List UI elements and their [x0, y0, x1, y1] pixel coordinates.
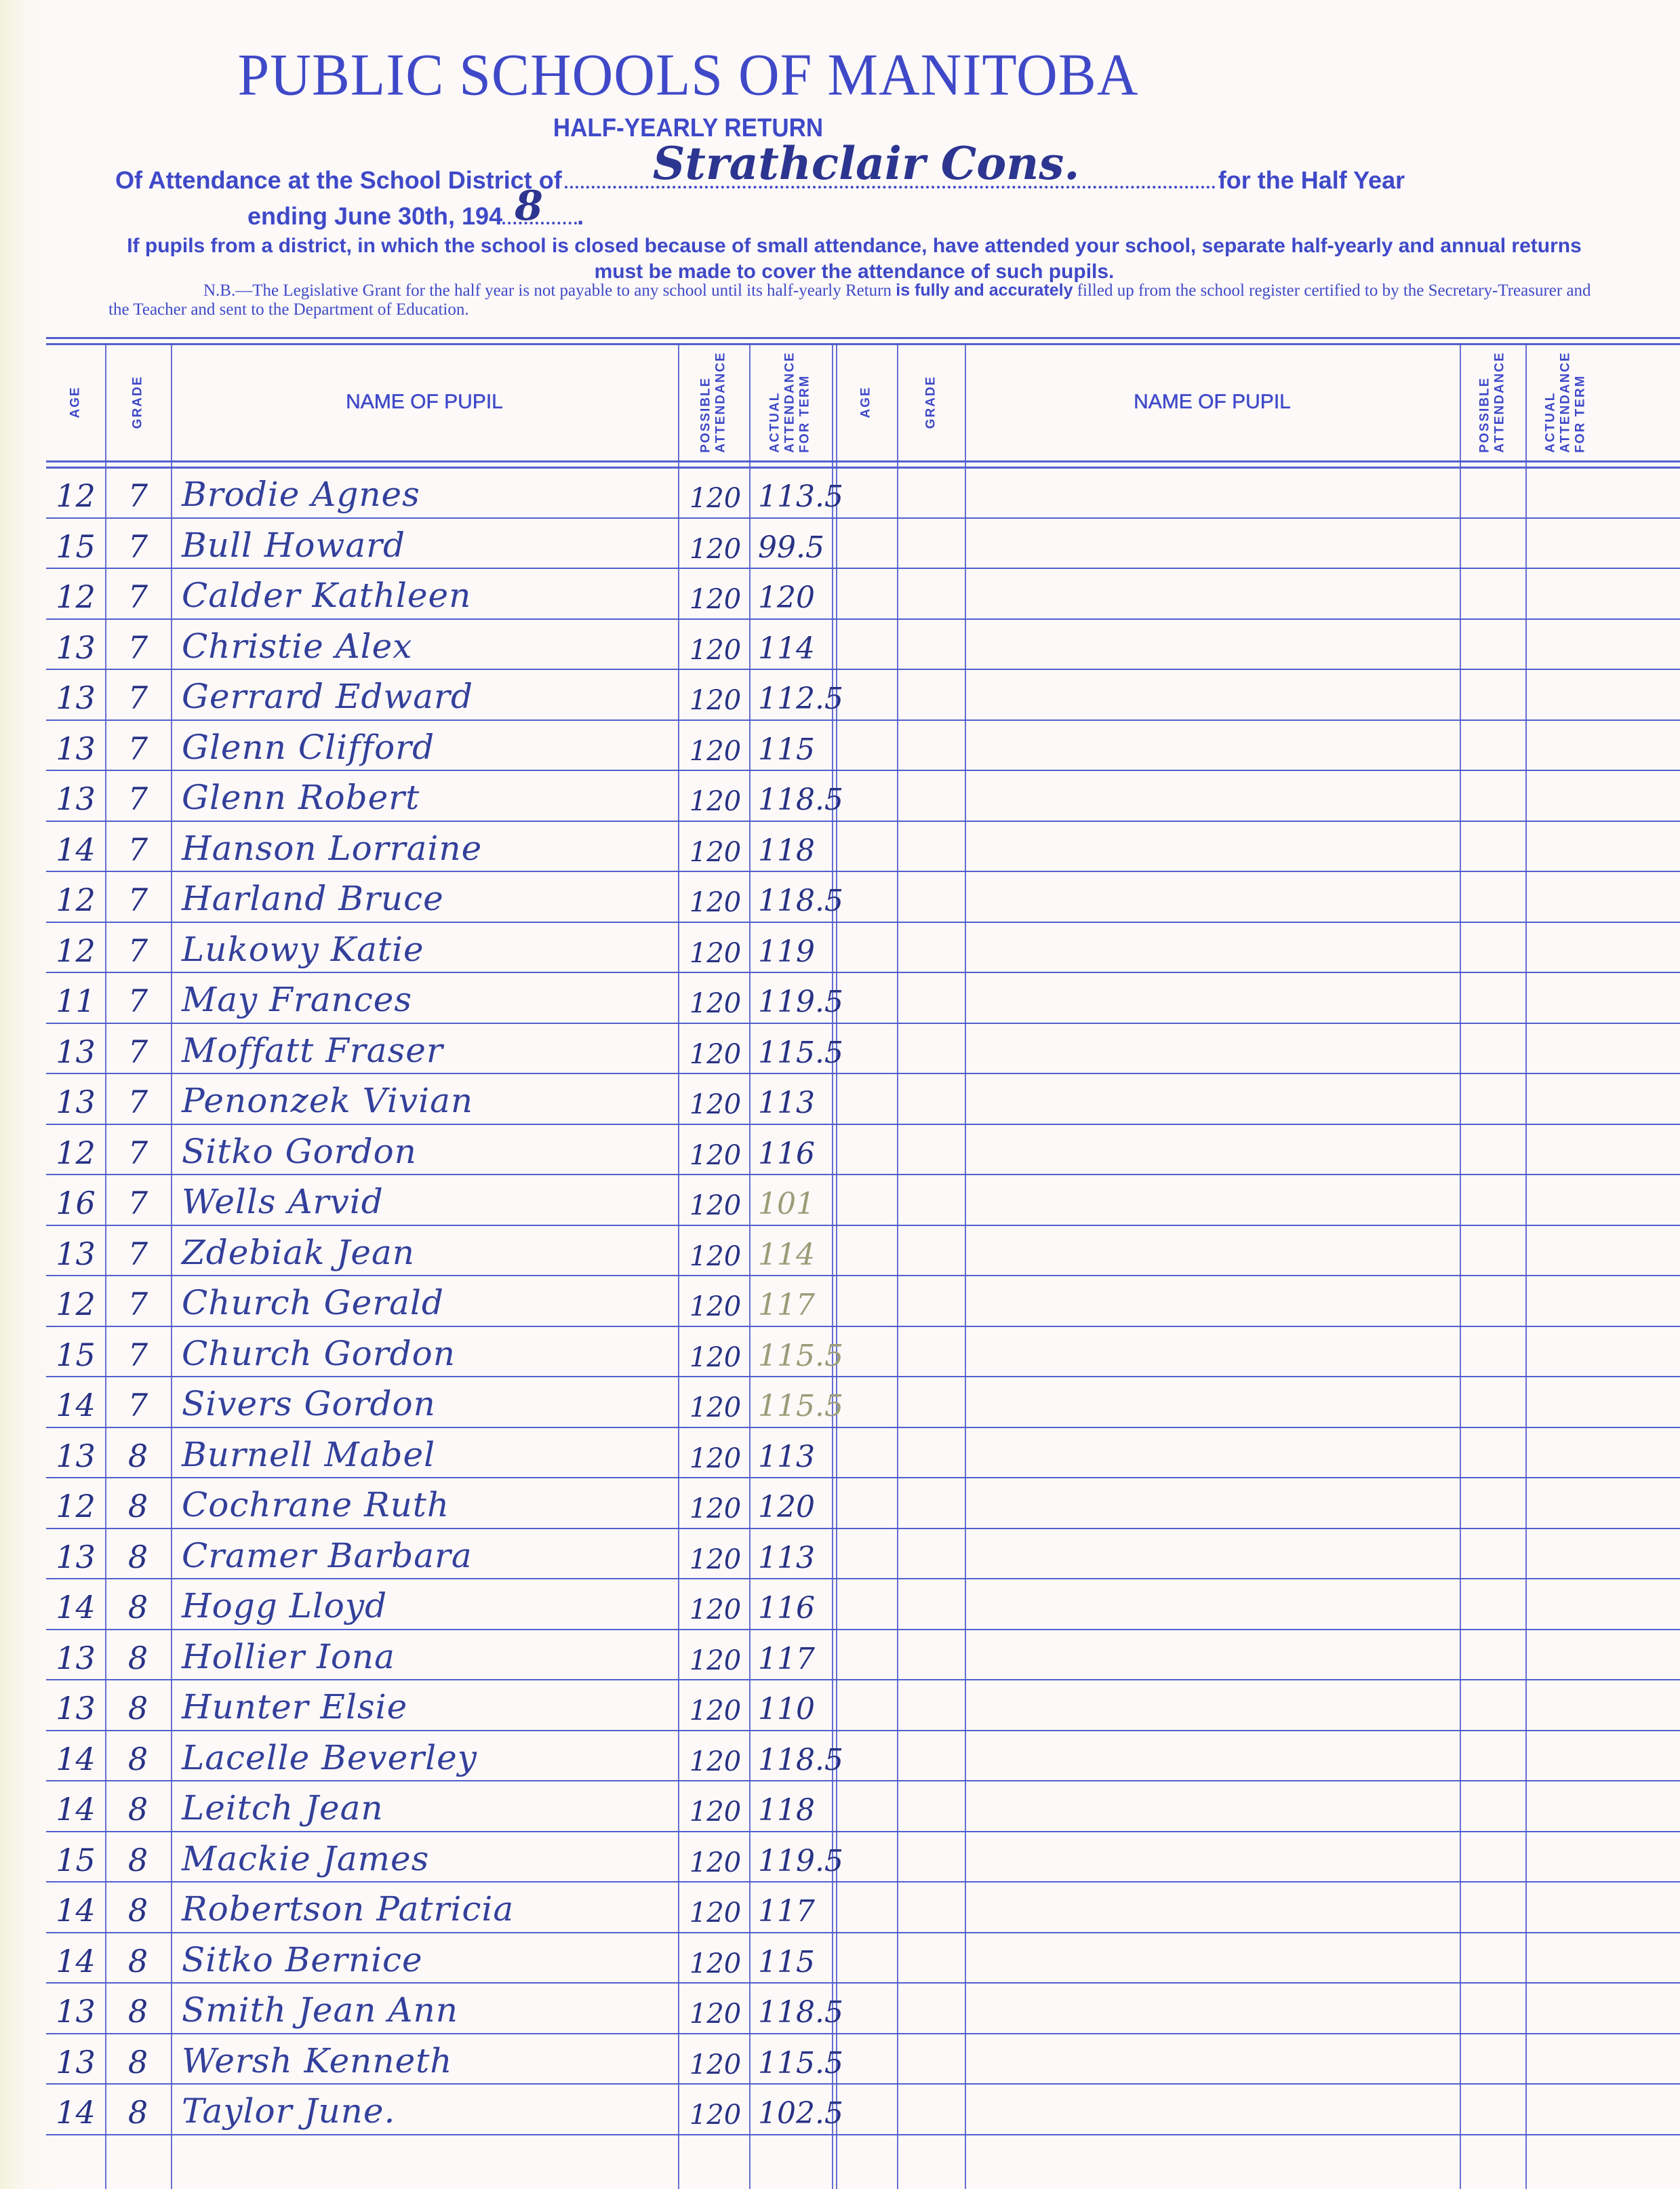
actual-attendance[interactable]: 114 — [753, 1238, 839, 1272]
table-row: 127Sitko Gordon120116 — [46, 1124, 833, 1174]
pupil-age[interactable]: 12 — [46, 477, 105, 514]
actual-attendance[interactable]: 113 — [753, 1541, 839, 1575]
actual-attendance[interactable]: 115 — [753, 732, 839, 767]
pupil-grade[interactable]: 8 — [105, 1438, 171, 1474]
pupil-age[interactable]: 14 — [46, 1943, 105, 1979]
actual-attendance[interactable]: 118.5 — [753, 783, 839, 817]
pupil-name[interactable]: Brodie Agnes — [182, 475, 420, 514]
table-row: 138Smith Jean Ann120118.5 — [46, 1982, 833, 2032]
pupil-age[interactable]: 14 — [46, 2094, 105, 2131]
possible-attendance[interactable]: 120 — [681, 1544, 749, 1575]
actual-attendance[interactable]: 110 — [753, 1692, 839, 1727]
possible-attendance[interactable]: 120 — [681, 1443, 749, 1474]
year-field[interactable]: 8 — [502, 203, 577, 224]
pupil-grade[interactable]: 7 — [105, 679, 171, 716]
table-row: 137Glenn Clifford120115 — [46, 719, 833, 770]
actual-attendance[interactable]: 102.5 — [753, 2096, 839, 2131]
header-possible: POSSIBLE ATTENDANCE — [678, 342, 749, 461]
possible-attendance[interactable]: 120 — [681, 1493, 749, 1524]
pupil-age[interactable]: 14 — [46, 1741, 105, 1777]
pupil-name[interactable]: Burnell Mabel — [182, 1435, 435, 1474]
pupil-age[interactable]: 14 — [46, 1387, 105, 1423]
pupil-name[interactable]: Bull Howard — [182, 526, 405, 565]
possible-attendance[interactable]: 120 — [681, 1392, 749, 1423]
table-row: 127Lukowy Katie120119 — [46, 922, 833, 972]
pupil-name[interactable]: Hanson Lorraine — [182, 829, 482, 868]
pupil-age[interactable]: 12 — [46, 578, 105, 615]
possible-attendance[interactable]: 120 — [681, 786, 749, 817]
actual-attendance[interactable]: 116 — [753, 1137, 839, 1171]
possible-attendance[interactable]: 120 — [681, 837, 749, 868]
possible-attendance[interactable]: 120 — [681, 1695, 749, 1727]
actual-attendance[interactable]: 115.5 — [753, 1036, 839, 1070]
pupil-grade[interactable]: 8 — [105, 2094, 171, 2131]
possible-attendance[interactable]: 120 — [681, 1140, 749, 1171]
actual-attendance[interactable]: 119.5 — [753, 985, 839, 1019]
table-row: 137Penonzek Vivian120113 — [46, 1073, 833, 1123]
actual-attendance[interactable]: 115 — [753, 1945, 839, 1979]
header-age-2: AGE — [836, 342, 897, 461]
pupil-age[interactable]: 16 — [46, 1185, 105, 1221]
pupil-age[interactable]: 13 — [46, 1539, 105, 1575]
pupil-name[interactable]: Christie Alex — [182, 627, 412, 666]
pupil-age[interactable]: 14 — [46, 1589, 105, 1625]
pupil-grade[interactable]: 7 — [105, 629, 171, 666]
pupil-grade[interactable]: 8 — [105, 1589, 171, 1625]
pupil-name[interactable]: Zdebiak Jean — [182, 1233, 415, 1272]
pupil-grade[interactable]: 7 — [105, 831, 171, 868]
pupil-name[interactable]: Sivers Gordon — [182, 1384, 436, 1423]
table-row: 138Hollier Iona120117 — [46, 1629, 833, 1679]
pupil-grade[interactable]: 7 — [105, 730, 171, 767]
header-possible-2: POSSIBLE ATTENDANCE — [1460, 342, 1525, 461]
possible-attendance[interactable]: 120 — [681, 2049, 749, 2080]
district-value: Strathclair Cons. — [653, 137, 1080, 190]
pupil-grade[interactable]: 8 — [105, 1690, 171, 1727]
pupil-grade[interactable]: 7 — [105, 932, 171, 969]
actual-attendance[interactable]: 112.5 — [753, 682, 839, 716]
actual-attendance[interactable]: 114 — [753, 631, 839, 666]
possible-attendance[interactable]: 120 — [681, 887, 749, 918]
possible-attendance[interactable]: 120 — [681, 1190, 749, 1221]
table-row: 147Sivers Gordon120115.5 — [46, 1376, 833, 1426]
pupil-name[interactable]: Glenn Clifford — [182, 728, 435, 767]
table-row: 127Church Gerald120117 — [46, 1275, 833, 1325]
pupil-name[interactable]: Moffatt Fraser — [182, 1031, 443, 1070]
pupil-grade[interactable]: 7 — [105, 1337, 171, 1373]
pupil-grade[interactable]: 8 — [105, 1892, 171, 1929]
pupil-name[interactable]: Sitko Gordon — [182, 1132, 417, 1171]
pupil-age[interactable]: 12 — [46, 932, 105, 969]
pupil-age[interactable]: 15 — [46, 1337, 105, 1373]
pupil-name[interactable]: Harland Bruce — [182, 879, 444, 918]
table-row: 147Hanson Lorraine120118 — [46, 821, 833, 871]
pupil-age[interactable]: 13 — [46, 730, 105, 767]
pupil-grade[interactable]: 8 — [105, 2044, 171, 2080]
pupil-grade[interactable]: 7 — [105, 1033, 171, 1070]
actual-attendance[interactable]: 118 — [753, 833, 839, 868]
pupil-grade[interactable]: 7 — [105, 528, 171, 565]
table-row: 157Bull Howard12099.5 — [46, 517, 833, 568]
pupil-age[interactable]: 12 — [46, 882, 105, 918]
actual-attendance[interactable]: 118.5 — [753, 1743, 839, 1777]
pupil-grade[interactable]: 7 — [105, 1236, 171, 1272]
actual-attendance[interactable]: 117 — [753, 1642, 839, 1676]
possible-attendance[interactable]: 120 — [681, 736, 749, 767]
pupil-grade[interactable]: 7 — [105, 1084, 171, 1120]
pupil-grade[interactable]: 8 — [105, 1943, 171, 1979]
table-row: 138Hunter Elsie120110 — [46, 1679, 833, 1729]
actual-attendance[interactable]: 115.5 — [753, 1389, 839, 1423]
district-prefix: Of Attendance at the School District of — [115, 166, 562, 194]
pupil-age[interactable]: 13 — [46, 1690, 105, 1727]
possible-attendance[interactable]: 120 — [681, 584, 749, 615]
pupil-name[interactable]: Lukowy Katie — [182, 930, 424, 969]
table-row: 138Burnell Mabel120113 — [46, 1427, 833, 1477]
table-row: 127Calder Kathleen120120 — [46, 568, 833, 618]
actual-attendance[interactable]: 119.5 — [753, 1844, 839, 1878]
pupil-grade[interactable]: 7 — [105, 1135, 171, 1171]
column-rule — [897, 343, 898, 2189]
pupil-name[interactable]: Smith Jean Ann — [182, 1990, 458, 2030]
pupil-grade[interactable]: 7 — [105, 882, 171, 918]
actual-attendance[interactable]: 118 — [753, 1793, 839, 1828]
pupil-name[interactable]: Church Gerald — [182, 1283, 444, 1322]
pupil-grade[interactable]: 7 — [105, 781, 171, 817]
actual-attendance[interactable]: 117 — [753, 1288, 839, 1322]
pupil-age[interactable]: 12 — [46, 1135, 105, 1171]
table-row: 148Robertson Patricia120117 — [46, 1881, 833, 1931]
pupil-age[interactable]: 14 — [46, 1791, 105, 1828]
column-rule — [965, 343, 966, 2189]
actual-attendance[interactable]: 99.5 — [753, 530, 839, 565]
pupil-name[interactable]: Hollier Iona — [182, 1637, 395, 1676]
pupil-name[interactable]: Glenn Robert — [182, 778, 420, 817]
possible-attendance[interactable]: 120 — [681, 1291, 749, 1322]
possible-attendance[interactable]: 120 — [681, 1241, 749, 1272]
possible-attendance[interactable]: 120 — [681, 483, 749, 514]
pupil-age[interactable]: 14 — [46, 831, 105, 868]
pupil-grade[interactable]: 7 — [105, 983, 171, 1019]
pupil-age[interactable]: 13 — [46, 781, 105, 817]
pupil-age[interactable]: 14 — [46, 1892, 105, 1929]
pupil-name[interactable]: Hogg Lloyd — [182, 1586, 387, 1625]
pupil-age[interactable]: 13 — [46, 1993, 105, 2030]
table-row: 158Mackie James120119.5 — [46, 1831, 833, 1881]
nb-bold: is fully and accurately — [896, 281, 1073, 300]
table-row: 137Glenn Robert120118.5 — [46, 770, 833, 820]
possible-attendance[interactable]: 120 — [681, 2099, 749, 2131]
pupil-name[interactable]: Church Gordon — [182, 1334, 456, 1373]
actual-attendance[interactable]: 116 — [753, 1591, 839, 1625]
table-row: 157Church Gordon120115.5 — [46, 1326, 833, 1376]
pupil-name[interactable]: Calder Kathleen — [182, 576, 471, 615]
pupil-grade[interactable]: 8 — [105, 1640, 171, 1676]
table-row: 138Cramer Barbara120113 — [46, 1528, 833, 1578]
actual-attendance[interactable]: 120 — [753, 1490, 839, 1524]
actual-attendance[interactable]: 113 — [753, 1086, 839, 1120]
possible-attendance[interactable]: 120 — [681, 938, 749, 969]
pupil-name[interactable]: Lacelle Beverley — [182, 1738, 477, 1777]
pupil-age[interactable]: 13 — [46, 1438, 105, 1474]
header-actual: ACTUAL ATTENDANCE FOR TERM — [749, 342, 832, 461]
table-row: 128Cochrane Ruth120120 — [46, 1477, 833, 1527]
table-row: 117May Frances120119.5 — [46, 972, 833, 1022]
actual-attendance[interactable]: 101 — [753, 1187, 839, 1221]
table-row: 148Leitch Jean120118 — [46, 1780, 833, 1830]
pupil-age[interactable]: 15 — [46, 528, 105, 565]
table-row: 137Christie Alex120114 — [46, 618, 833, 669]
table-row: 138Wersh Kenneth120115.5 — [46, 2033, 833, 2083]
possible-attendance[interactable]: 120 — [681, 1746, 749, 1777]
pupil-name[interactable]: Cochrane Ruth — [182, 1485, 449, 1524]
pupil-age[interactable]: 13 — [46, 629, 105, 666]
actual-attendance[interactable]: 113.5 — [753, 479, 839, 514]
possible-attendance[interactable]: 120 — [681, 988, 749, 1019]
possible-attendance[interactable]: 120 — [681, 1948, 749, 1979]
possible-attendance[interactable]: 120 — [681, 1847, 749, 1878]
possible-attendance[interactable]: 120 — [681, 1998, 749, 2030]
possible-attendance[interactable]: 120 — [681, 1796, 749, 1828]
table-row: 137Gerrard Edward120112.5 — [46, 669, 833, 719]
table-row: 127Harland Bruce120118.5 — [46, 871, 833, 921]
pupil-grade[interactable]: 8 — [105, 1741, 171, 1777]
pupil-age[interactable]: 11 — [46, 983, 105, 1019]
pupil-grade[interactable]: 8 — [105, 1539, 171, 1575]
pupil-grade[interactable]: 8 — [105, 1993, 171, 2030]
pupil-grade[interactable]: 8 — [105, 1842, 171, 1878]
pupil-age[interactable]: 13 — [46, 1236, 105, 1272]
header-age: AGE — [46, 342, 105, 461]
table-row: 148Taylor June.120102.5 — [46, 2083, 833, 2133]
pupil-name[interactable]: May Frances — [182, 980, 412, 1019]
pupil-age[interactable]: 13 — [46, 679, 105, 716]
possible-attendance[interactable]: 120 — [681, 1645, 749, 1676]
pupil-age[interactable]: 15 — [46, 1842, 105, 1878]
table-row: 127Brodie Agnes120113.5 — [46, 467, 833, 517]
possible-attendance[interactable]: 120 — [681, 1594, 749, 1625]
notice-text: If pupils from a district, in which the … — [102, 233, 1607, 285]
possible-attendance[interactable]: 120 — [681, 1089, 749, 1120]
actual-attendance[interactable]: 115.5 — [753, 2046, 839, 2080]
pupil-age[interactable]: 13 — [46, 2044, 105, 2080]
pupil-name[interactable]: Wersh Kenneth — [182, 2041, 452, 2080]
pupil-age[interactable]: 13 — [46, 1640, 105, 1676]
table-row: 148Lacelle Beverley120118.5 — [46, 1730, 833, 1780]
actual-attendance[interactable]: 118.5 — [753, 884, 839, 918]
pupil-name[interactable]: Robertson Patricia — [182, 1889, 514, 1929]
ending-line: ending June 30th, 1948. — [247, 202, 584, 231]
header-actual-2: ACTUAL ATTENDANCE FOR TERM — [1525, 342, 1607, 461]
pupil-name[interactable]: Taylor June. — [182, 2091, 395, 2131]
possible-attendance[interactable]: 120 — [681, 534, 749, 565]
pupil-name[interactable]: Leitch Jean — [182, 1788, 384, 1828]
possible-attendance[interactable]: 120 — [681, 1897, 749, 1929]
district-suffix: for the Half Year — [1218, 166, 1405, 194]
table-row: 148Hogg Lloyd120116 — [46, 1578, 833, 1628]
actual-attendance[interactable]: 115.5 — [753, 1339, 839, 1373]
table-row: 137Zdebiak Jean120114 — [46, 1225, 833, 1275]
possible-attendance[interactable]: 120 — [681, 1342, 749, 1373]
pupil-name[interactable]: Hunter Elsie — [182, 1687, 407, 1727]
pupil-name[interactable]: Mackie James — [182, 1839, 429, 1878]
actual-attendance[interactable]: 113 — [753, 1440, 839, 1474]
pupil-age[interactable]: 13 — [46, 1084, 105, 1120]
actual-attendance[interactable]: 118.5 — [753, 1995, 839, 2030]
actual-attendance[interactable]: 120 — [753, 580, 839, 615]
pupil-name[interactable]: Cramer Barbara — [182, 1536, 473, 1575]
ending-prefix: ending June 30th, 194 — [247, 202, 502, 230]
header-name-2: NAME OF PUPIL — [965, 342, 1460, 461]
possible-attendance[interactable]: 120 — [681, 635, 749, 666]
pupil-grade[interactable]: 8 — [105, 1791, 171, 1828]
possible-attendance[interactable]: 120 — [681, 1039, 749, 1070]
pupil-grade[interactable]: 7 — [105, 477, 171, 514]
pupil-age[interactable]: 12 — [46, 1488, 105, 1524]
actual-attendance[interactable]: 117 — [753, 1894, 839, 1929]
pupil-name[interactable]: Wells Arvid — [182, 1182, 384, 1221]
pupil-grade[interactable]: 7 — [105, 1387, 171, 1423]
table-row: 137Moffatt Fraser120115.5 — [46, 1023, 833, 1073]
possible-attendance[interactable]: 120 — [681, 685, 749, 716]
nb-plain: N.B.—The Legislative Grant for the half … — [203, 281, 896, 300]
pupil-age[interactable]: 12 — [46, 1286, 105, 1322]
pupil-name[interactable]: Penonzek Vivian — [182, 1081, 473, 1120]
header-grade-2: GRADE — [897, 342, 965, 461]
pupil-name[interactable]: Sitko Bernice — [182, 1940, 423, 1979]
district-field[interactable]: Strathclair Cons. — [565, 165, 1216, 189]
header-grade: GRADE — [105, 342, 171, 461]
pupil-grade[interactable]: 7 — [105, 1286, 171, 1322]
pupil-name[interactable]: Gerrard Edward — [182, 677, 473, 716]
pupil-age[interactable]: 13 — [46, 1033, 105, 1070]
column-rule — [1460, 343, 1461, 2189]
district-line: Of Attendance at the School District ofS… — [115, 165, 1607, 195]
form-title: PUBLIC SCHOOLS OF MANITOBA — [0, 41, 1376, 110]
year-value: 8 — [515, 182, 543, 230]
actual-attendance[interactable]: 119 — [753, 934, 839, 969]
table-row: 167Wells Arvid120101 — [46, 1174, 833, 1224]
rule — [46, 337, 1680, 339]
row-rule — [46, 2134, 1680, 2135]
ending-suffix: . — [577, 202, 584, 230]
column-rule — [1525, 343, 1527, 2189]
nb-text: N.B.—The Legislative Grant for the half … — [108, 281, 1600, 319]
table-row: 148Sitko Bernice120115 — [46, 1932, 833, 1982]
pupil-grade[interactable]: 7 — [105, 578, 171, 615]
pupil-grade[interactable]: 8 — [105, 1488, 171, 1524]
pupil-grade[interactable]: 7 — [105, 1185, 171, 1221]
header-name: NAME OF PUPIL — [171, 342, 678, 461]
